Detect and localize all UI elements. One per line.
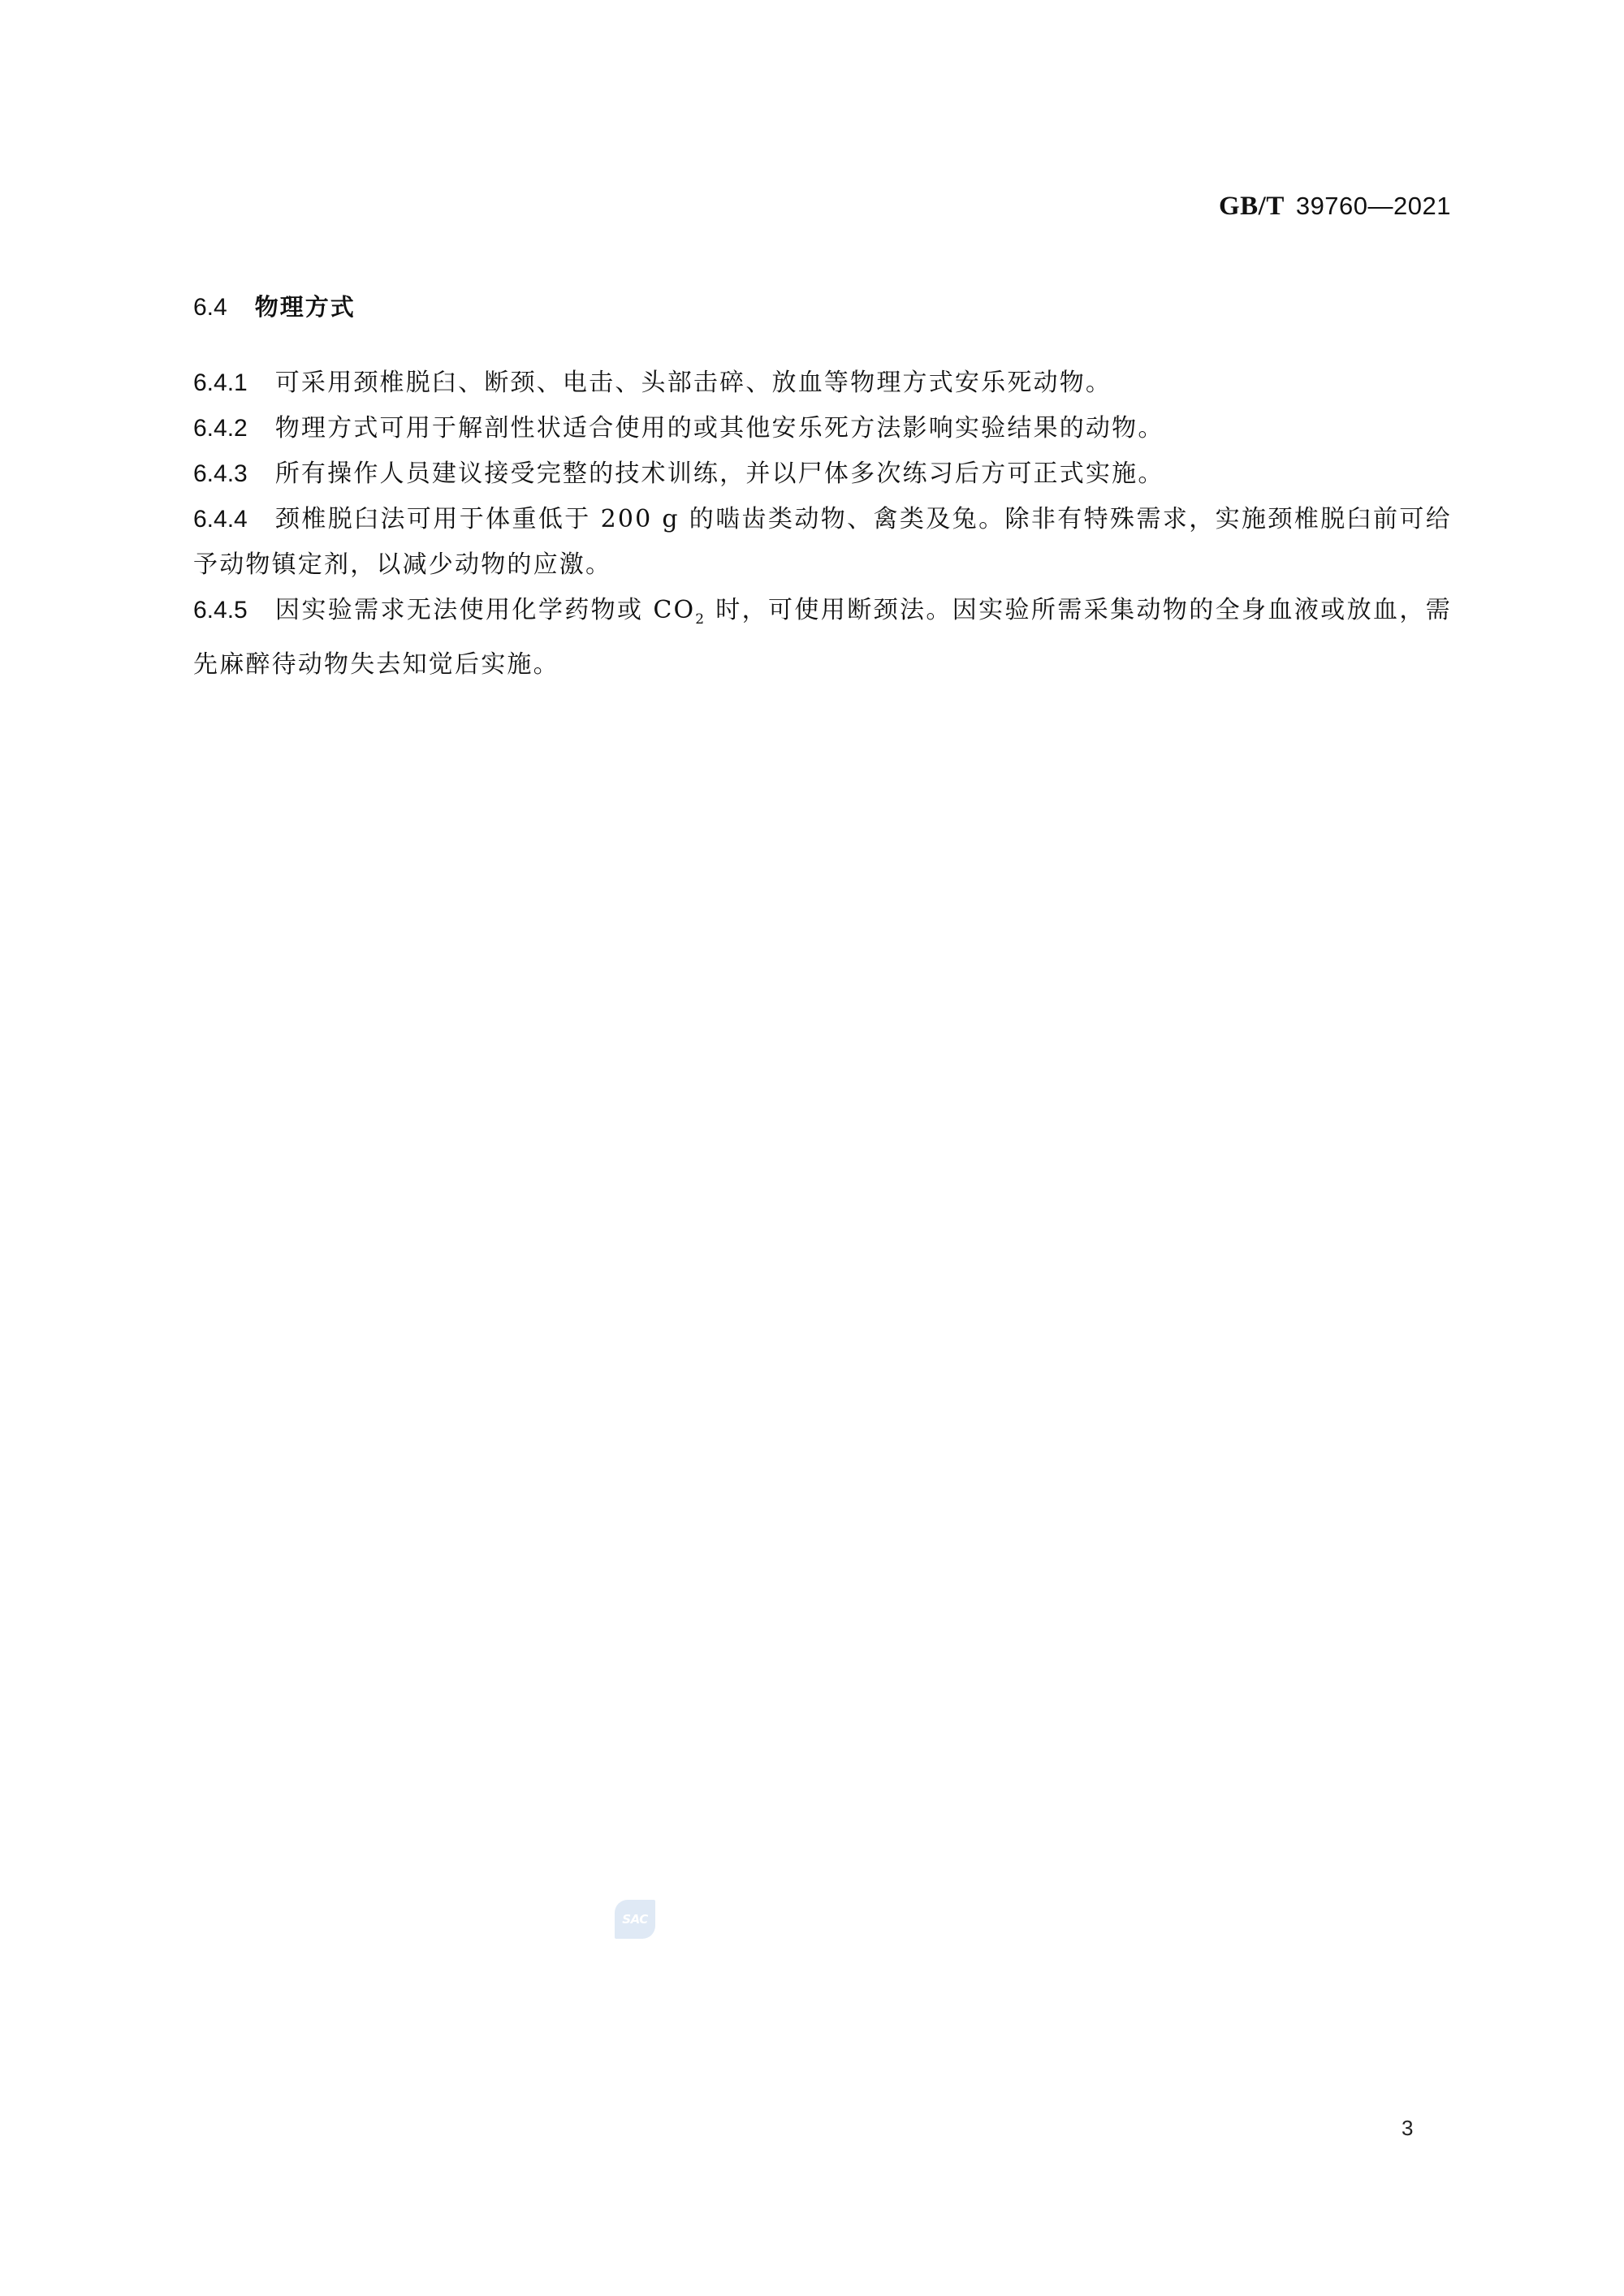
clause-6-4-2: 6.4.2物理方式可用于解剖性状适合使用的或其他安乐死方法影响实验结果的动物。 <box>193 406 1452 451</box>
section-number: 6.4 <box>193 294 227 321</box>
clause-text: 颈椎脱臼法可用于体重低于 200 g 的啮齿类动物、禽类及兔。除非有特殊需求，实… <box>193 505 1452 579</box>
clause-text: 可采用颈椎脱臼、断颈、电击、头部击碎、放血等物理方式安乐死动物。 <box>275 369 1112 397</box>
clause-number: 6.4.2 <box>193 415 248 442</box>
clause-6-4-5: 6.4.5因实验需求无法使用化学药物或 CO2 时，可使用断颈法。因实验所需采集… <box>193 588 1452 688</box>
clause-text: 物理方式可用于解剖性状适合使用的或其他安乐死方法影响实验结果的动物。 <box>275 414 1164 442</box>
clause-number: 6.4.1 <box>193 369 248 396</box>
clause-text: 所有操作人员建议接受完整的技术训练，并以尸体多次练习后方可正式实施。 <box>275 460 1164 488</box>
standard-code: GB/T <box>1219 192 1285 221</box>
section-title: 物理方式 <box>255 293 356 321</box>
standard-number: 39760—2021 <box>1296 192 1451 220</box>
section-heading: 6.4物理方式 <box>193 289 1452 325</box>
clause-6-4-1: 6.4.1可采用颈椎脱臼、断颈、电击、头部击碎、放血等物理方式安乐死动物。 <box>193 360 1452 406</box>
clause-text-before-formula: 因实验需求无法使用化学药物或 <box>275 596 654 624</box>
clause-number: 6.4.4 <box>193 506 248 533</box>
page-number: 3 <box>1402 2116 1413 2141</box>
document-body: 6.4物理方式 6.4.1可采用颈椎脱臼、断颈、电击、头部击碎、放血等物理方式安… <box>193 289 1452 688</box>
clause-6-4-3: 6.4.3所有操作人员建议接受完整的技术训练，并以尸体多次练习后方可正式实施。 <box>193 451 1452 497</box>
formula-co2: CO2 <box>653 596 706 624</box>
clause-6-4-4: 6.4.4颈椎脱臼法可用于体重低于 200 g 的啮齿类动物、禽类及兔。除非有特… <box>193 497 1452 588</box>
formula-base: CO <box>653 596 695 624</box>
clause-number: 6.4.3 <box>193 460 248 487</box>
clause-number: 6.4.5 <box>193 597 248 624</box>
formula-subscript: 2 <box>695 611 706 628</box>
watermark-label: SAC <box>622 1912 647 1927</box>
document-header: GB/T39760—2021 <box>1219 192 1451 222</box>
sac-watermark-logo: SAC <box>615 1900 655 1939</box>
